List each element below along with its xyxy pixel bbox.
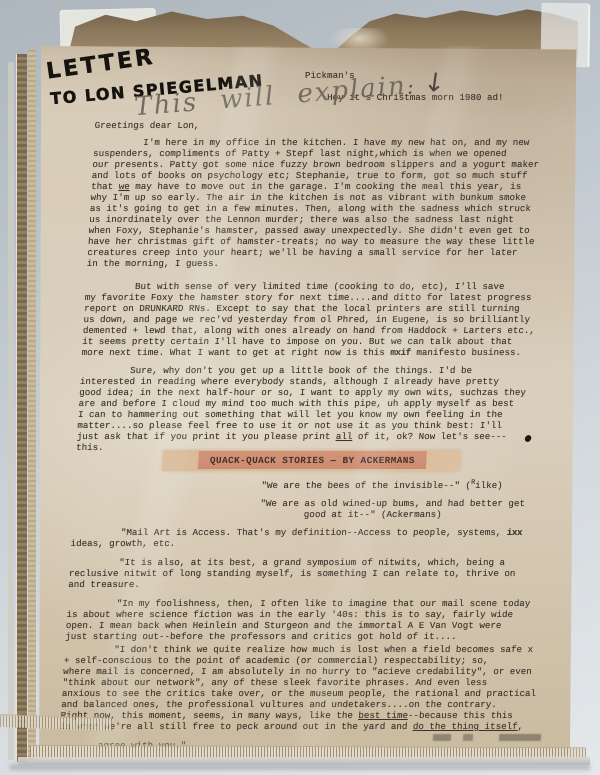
- sleeve-left-edge-outer: [8, 62, 14, 760]
- paragraph-1: I'm here in my office in the kitchen. I …: [86, 137, 540, 269]
- letter-body: Greetings dear Lon, I'm here in my offic…: [58, 120, 600, 770]
- sleeve-left-edge-stitched: [16, 54, 27, 762]
- salutation: Greetings dear Lon,: [94, 120, 199, 131]
- paragraph-4: "Mail Art is Access. That's my definitio…: [70, 527, 522, 549]
- quote-banner-tape: QUACK-QUACK STORIES — BY ACKERMANS: [162, 450, 461, 471]
- pencil-note-colon: :: [406, 74, 419, 99]
- paragraph-5: "It is also, at its best, a grand sympos…: [68, 557, 516, 590]
- photo-of-letter: { "palette":{ "background":"#c7ced4","pa…: [0, 0, 600, 775]
- marker-title-line1: LETTER: [45, 44, 157, 84]
- paragraph-7: "I don't think we quite realize how much…: [60, 644, 539, 732]
- pencil-note: This will explain:↓: [133, 68, 448, 123]
- quote-rilke: "We are the bees of the invisible--" (Ri…: [74, 478, 503, 491]
- sleeve-left-edge-inner: [28, 50, 36, 760]
- quote-banner: QUACK-QUACK STORIES — BY ACKERMANS: [198, 451, 427, 469]
- quote-ackermans: "We are as old wined-up bums, and had be…: [72, 498, 525, 520]
- paragraph-6: "In my foolishness, then, I often like t…: [65, 598, 531, 642]
- letter-page: LETTER TO LON SPIEGELMAN Pickman's Hey i…: [38, 46, 578, 758]
- quote-banner-label: QUACK-QUACK STORIES — BY ACKERMANS: [210, 455, 416, 466]
- sleeve-bottom-plastic: [18, 757, 590, 765]
- down-arrow-icon: ↓: [421, 67, 449, 100]
- paragraph-2: But with sense of very limited time (coo…: [81, 281, 538, 358]
- paragraph-3: Sure, why don't you get up a little book…: [76, 365, 528, 453]
- ink-smudge: [433, 734, 583, 741]
